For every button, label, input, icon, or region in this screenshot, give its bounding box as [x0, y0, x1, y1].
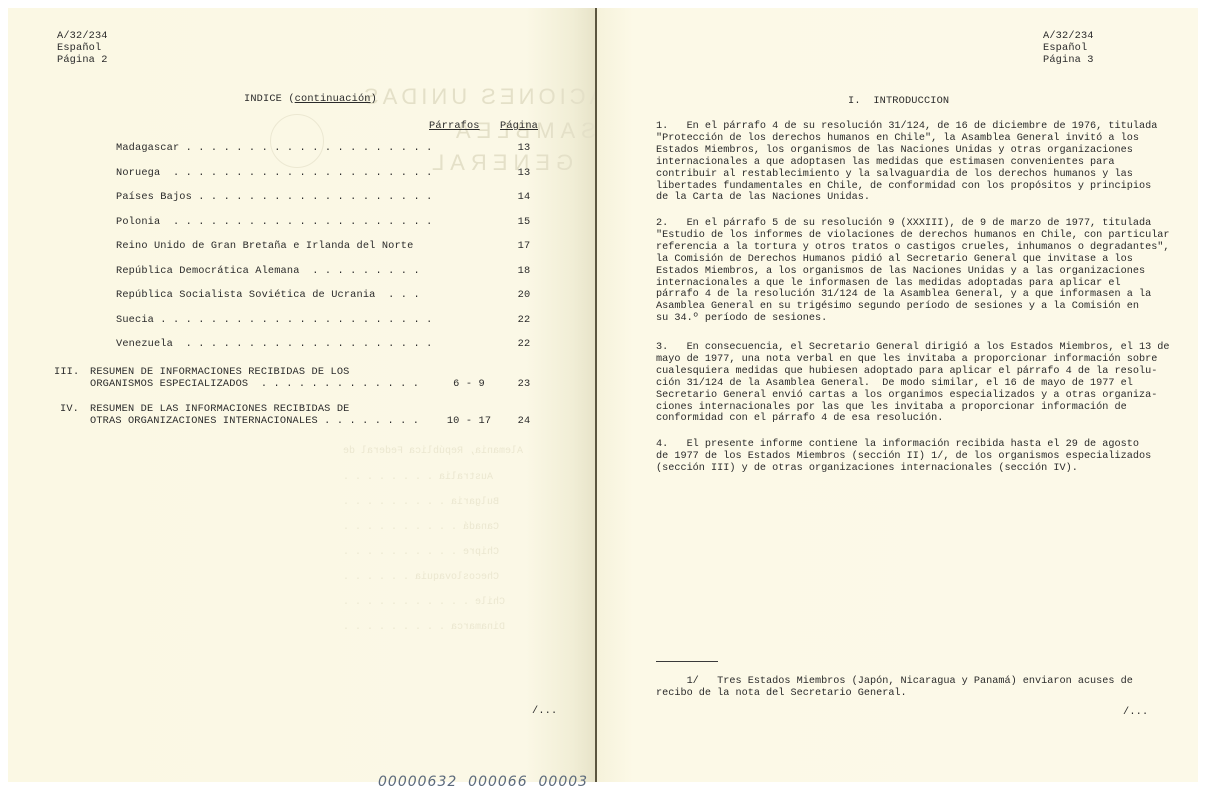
toc-entry-label: Polonia . . . . . . . . . . . . . . . . … [116, 216, 432, 228]
toc-entry-page: 22 [506, 314, 542, 326]
paragraph-line: contribuir al restablecimiento y la salv… [656, 169, 1176, 181]
doc-page-number: Página 3 [1043, 54, 1094, 66]
toc-entry-page: 20 [506, 289, 542, 301]
toc-entry: Reino Unido de Gran Bretaña e Irlanda de… [116, 240, 546, 252]
left-page: NACIONES UNIDAS ASAMBLEA GENERAL A/32/23… [8, 8, 596, 782]
bleed-through-line: Australia . . . . . . . . [343, 472, 493, 483]
paragraph-line: mayo de 1977, una nota verbal en que les… [656, 354, 1176, 366]
toc-entry-page: 22 [506, 338, 542, 350]
toc-entry-page: 13 [506, 142, 542, 154]
index-title: INDICE (continuación) [244, 93, 377, 105]
paragraph-line: de la Carta de las Naciones Unidas. [656, 192, 1176, 204]
toc-entry: Madagascar . . . . . . . . . . . . . . .… [116, 142, 546, 154]
paragraph-line: 3. En consecuencia, el Secretario Genera… [656, 342, 1176, 354]
toc-entry: Venezuela . . . . . . . . . . . . . . . … [116, 338, 546, 350]
doc-language: Español [1043, 42, 1087, 54]
toc-entry-label: Noruega . . . . . . . . . . . . . . . . … [116, 167, 432, 179]
paragraph-line: 2. En el párrafo 5 de su resolución 9 (X… [656, 218, 1176, 230]
doc-symbol: A/32/234 [57, 30, 108, 42]
toc-entry-label: Suecia . . . . . . . . . . . . . . . . .… [116, 314, 432, 326]
index-title-sub: continuación [295, 93, 371, 105]
paragraph-line: ciones internacionales por las que les i… [656, 402, 1176, 414]
bleed-through-line: Bulgaria . . . . . . . . . [343, 497, 499, 508]
paragraph-line: 4. El presente informe contiene la infor… [656, 439, 1176, 451]
toc-entry-page: 13 [506, 167, 542, 179]
paragraph-line: de 1977 de los Estados Miembros (sección… [656, 451, 1176, 463]
paragraph-line: ción 31/124 de la Asamblea General. De m… [656, 378, 1176, 390]
toc-entry-page: 18 [506, 265, 542, 277]
section-page: 24 [506, 415, 542, 427]
paragraph-line: la Comisión de Derechos Humanos pidió al… [656, 254, 1176, 266]
doc-language: Español [57, 42, 101, 54]
paragraph-line: conformidad con el párrafo 4 de esa reso… [656, 413, 1176, 425]
section-title: I. INTRODUCCION [848, 95, 949, 107]
paragraph-line: "Protección de los derechos humanos en C… [656, 133, 1176, 145]
toc-entry: Noruega . . . . . . . . . . . . . . . . … [116, 167, 546, 179]
section-title-line2: OTRAS ORGANIZACIONES INTERNACIONALES . .… [90, 415, 419, 427]
paragraph-line: Asamblea General en su trigésimo segundo… [656, 301, 1176, 313]
paragraph-line: Estados Miembros, a los organismos de la… [656, 266, 1176, 278]
toc-entry-label: Madagascar . . . . . . . . . . . . . . .… [116, 142, 432, 154]
paragraph-2: 2. En el párrafo 5 de su resolución 9 (X… [656, 218, 1176, 325]
toc-entry: Polonia . . . . . . . . . . . . . . . . … [116, 216, 546, 228]
bleed-through-line: Chile . . . . . . . . . . . [343, 597, 505, 608]
paragraph-line: Secretario General envió cartas a los or… [656, 390, 1176, 402]
toc-entry: Suecia . . . . . . . . . . . . . . . . .… [116, 314, 546, 326]
toc-entry-page: 15 [506, 216, 542, 228]
footnote: 1/ Tres Estados Miembros (Japón, Nicarag… [656, 676, 1176, 700]
paragraph-line: Estados Miembros, los organismos de las … [656, 145, 1176, 157]
toc-entry-label: Reino Unido de Gran Bretaña e Irlanda de… [116, 240, 413, 252]
bleed-through-line: Checoslovaquia . . . . . . [343, 572, 499, 583]
column-header-paragraphs: Párrafos [429, 120, 480, 132]
column-header-page: Página [500, 120, 538, 132]
section-title-line1: RESUMEN DE LAS INFORMACIONES RECIBIDAS D… [90, 403, 350, 415]
right-page: A/32/234 Español Página 3 I. INTRODUCCIO… [597, 8, 1198, 782]
doc-symbol: A/32/234 [1043, 30, 1094, 42]
toc-entry-label: Países Bajos . . . . . . . . . . . . . .… [116, 191, 432, 203]
paragraph-4: 4. El presente informe contiene la infor… [656, 439, 1176, 475]
paragraph-line: "Estudio de los informes de violaciones … [656, 230, 1176, 242]
paragraph-line: párrafo 4 de la resolución 31/124 de la … [656, 289, 1176, 301]
paragraph-1: 1. En el párrafo 4 de su resolución 31/1… [656, 121, 1176, 204]
toc-entry-label: Venezuela . . . . . . . . . . . . . . . … [116, 338, 432, 350]
index-title-main: INDICE [244, 93, 282, 105]
paragraph-line: 1. En el párrafo 4 de su resolución 31/1… [656, 121, 1176, 133]
section-title-line1: RESUMEN DE INFORMACIONES RECIBIDAS DE LO… [90, 366, 350, 378]
section-page: 23 [506, 378, 542, 390]
section-number: III. [54, 366, 79, 378]
section-paragraphs: 6 - 9 [434, 378, 504, 390]
toc-entry-label: República Socialista Soviética de Ucrani… [116, 289, 420, 301]
toc-entry: Países Bajos . . . . . . . . . . . . . .… [116, 191, 546, 203]
footnote-line: 1/ Tres Estados Miembros (Japón, Nicarag… [656, 676, 1176, 688]
paragraph-line: internacionales a que le informasen de l… [656, 278, 1176, 290]
paragraph-line: referencia a la tortura y otros tratos o… [656, 242, 1176, 254]
toc-entry-page: 17 [506, 240, 542, 252]
continuation-mark: /... [1123, 706, 1148, 718]
bleed-through-line: Alemania, República Federal de [343, 446, 523, 457]
paragraph-line: (sección III) y de otras organizaciones … [656, 463, 1176, 475]
bleed-through-org-name: NACIONES UNIDAS [360, 84, 624, 110]
bleed-through-line: Chipre . . . . . . . . . . [343, 547, 499, 558]
paragraph-line: libertades fundamentales en Chile, de co… [656, 181, 1176, 193]
toc-entry-page: 14 [506, 191, 542, 203]
paragraph-line: su 34.º período de sesiones. [656, 313, 1176, 325]
footnote-separator [656, 661, 718, 662]
bleed-through-line: Canadá . . . . . . . . . . [343, 522, 499, 533]
scanned-document-spread: NACIONES UNIDAS ASAMBLEA GENERAL A/32/23… [8, 8, 1198, 782]
continuation-mark: /... [532, 705, 557, 717]
bleed-through-line: Dinamarca . . . . . . . . . [343, 622, 505, 633]
section-paragraphs: 10 - 17 [434, 415, 504, 427]
bleed-through-un-emblem [270, 114, 324, 168]
paragraph-line: cualesquiera medidas que hubiesen adopta… [656, 366, 1176, 378]
section-title-line2: ORGANISMOS ESPECIALIZADOS . . . . . . . … [90, 378, 419, 390]
paragraph-3: 3. En consecuencia, el Secretario Genera… [656, 342, 1176, 425]
doc-page-number: Página 2 [57, 54, 108, 66]
toc-entry-label: República Democrática Alemana . . . . . … [116, 265, 420, 277]
footnote-line: recibo de la nota del Secretario General… [656, 688, 1176, 700]
toc-entry: República Socialista Soviética de Ucrani… [116, 289, 546, 301]
section-number: IV. [60, 403, 79, 415]
archive-stamp: 00000632 000066 00003 [378, 774, 588, 790]
paragraph-line: internacionales a que adoptasen las medi… [656, 157, 1176, 169]
toc-entry: República Democrática Alemana . . . . . … [116, 265, 546, 277]
